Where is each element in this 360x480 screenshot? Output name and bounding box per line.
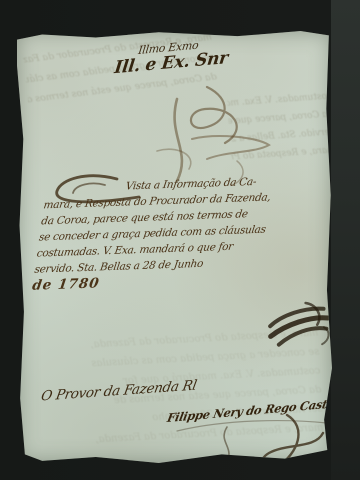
bleedthrough-scribble	[265, 299, 335, 354]
photo-stage: mara, e Resposta do Procurador da Fazend…	[0, 0, 360, 480]
body-paragraph: Vista a Informação da Ca- mara, e Respos…	[31, 172, 305, 294]
signature: Filippe Nery do Rego Castello	[166, 395, 351, 425]
bleedthrough-top-right: costumadas. V. Exa. mandará o que for da…	[227, 87, 337, 166]
salutation-line2: Ill. e Ex. Snr	[113, 48, 229, 78]
closing-office: O Provor da Fazenda Rl	[40, 377, 198, 404]
backdrop-right-strip	[331, 0, 360, 480]
manuscript-paper: mara, e Resposta do Procurador da Fazend…	[17, 31, 332, 463]
salutation: Illmo Exmo Ill. e Ex. Snr	[113, 36, 230, 78]
